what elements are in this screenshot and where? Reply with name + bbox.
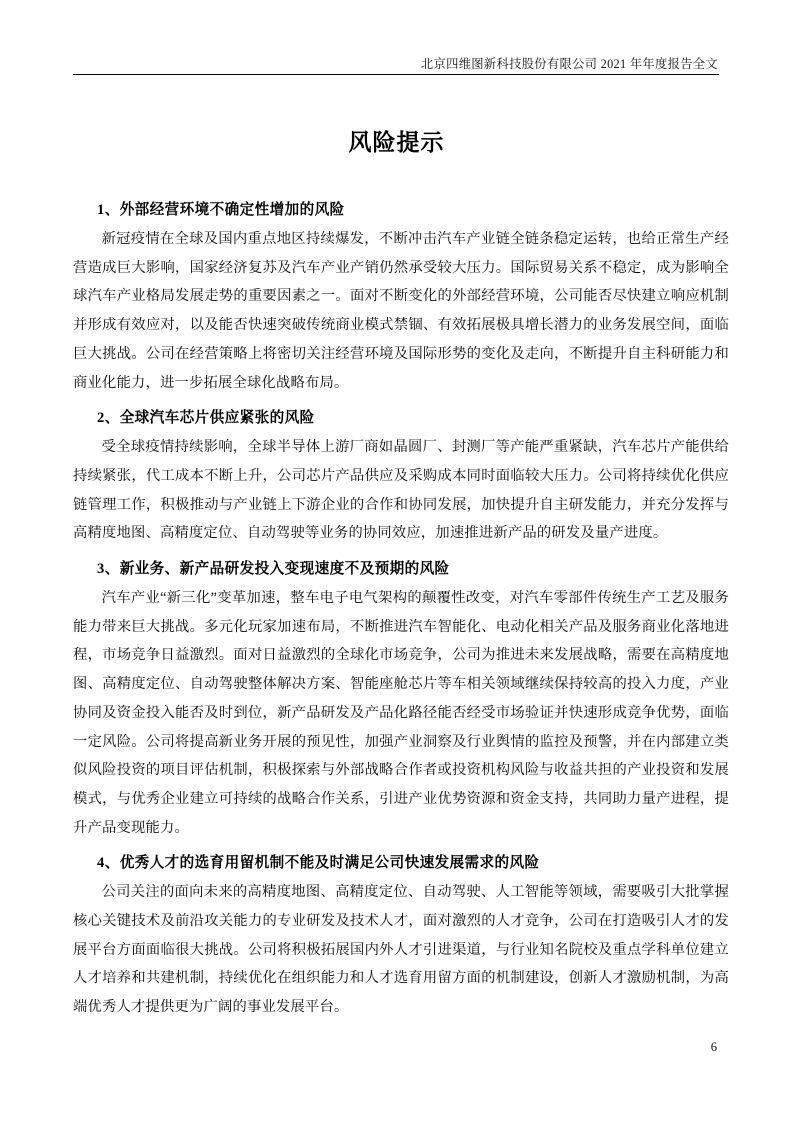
page-title: 风险提示	[0, 124, 793, 157]
section-3-heading: 3、新业务、新产品研发投入变现速度不及预期的风险	[73, 555, 729, 584]
risk-section-4: 4、优秀人才的选育用留机制不能及时满足公司快速发展需求的风险 公司关注的面向未来…	[73, 849, 729, 1022]
report-page: 北京四维图新科技股份有限公司 2021 年年度报告全文 风险提示 1、外部经营环…	[0, 0, 793, 1122]
risk-section-3: 3、新业务、新产品研发投入变现速度不及预期的风险 汽车产业“新三化”变革加速，整…	[73, 555, 729, 842]
section-1-paragraph: 新冠疫情在全球及国内重点地区持续爆发，不断冲击汽车产业链全链条稳定运转，也给正常…	[73, 225, 729, 397]
page-number: 6	[711, 1040, 717, 1055]
section-1-heading: 1、外部经营环境不确定性增加的风险	[73, 196, 729, 225]
section-2-paragraph: 受全球疫情持续影响，全球半导体上游厂商如晶圆厂、封测厂等产能严重紧缺，汽车芯片产…	[73, 433, 729, 548]
header-rule	[73, 74, 719, 75]
section-4-heading: 4、优秀人才的选育用留机制不能及时满足公司快速发展需求的风险	[73, 849, 729, 878]
section-3-paragraph: 汽车产业“新三化”变革加速，整车电子电气架构的颠覆性改变，对汽车零部件传统生产工…	[73, 584, 729, 842]
document-body: 1、外部经营环境不确定性增加的风险 新冠疫情在全球及国内重点地区持续爆发，不断冲…	[73, 196, 729, 1022]
section-2-heading: 2、全球汽车芯片供应紧张的风险	[73, 404, 729, 433]
risk-section-1: 1、外部经营环境不确定性增加的风险 新冠疫情在全球及国内重点地区持续爆发，不断冲…	[73, 196, 729, 397]
risk-section-2: 2、全球汽车芯片供应紧张的风险 受全球疫情持续影响，全球半导体上游厂商如晶圆厂、…	[73, 404, 729, 548]
header-report-title: 北京四维图新科技股份有限公司 2021 年年度报告全文	[421, 57, 718, 71]
page-header: 北京四维图新科技股份有限公司 2021 年年度报告全文	[73, 54, 718, 72]
section-4-paragraph: 公司关注的面向未来的高精度地图、高精度定位、自动驾驶、人工智能等领域，需要吸引大…	[73, 878, 729, 1022]
